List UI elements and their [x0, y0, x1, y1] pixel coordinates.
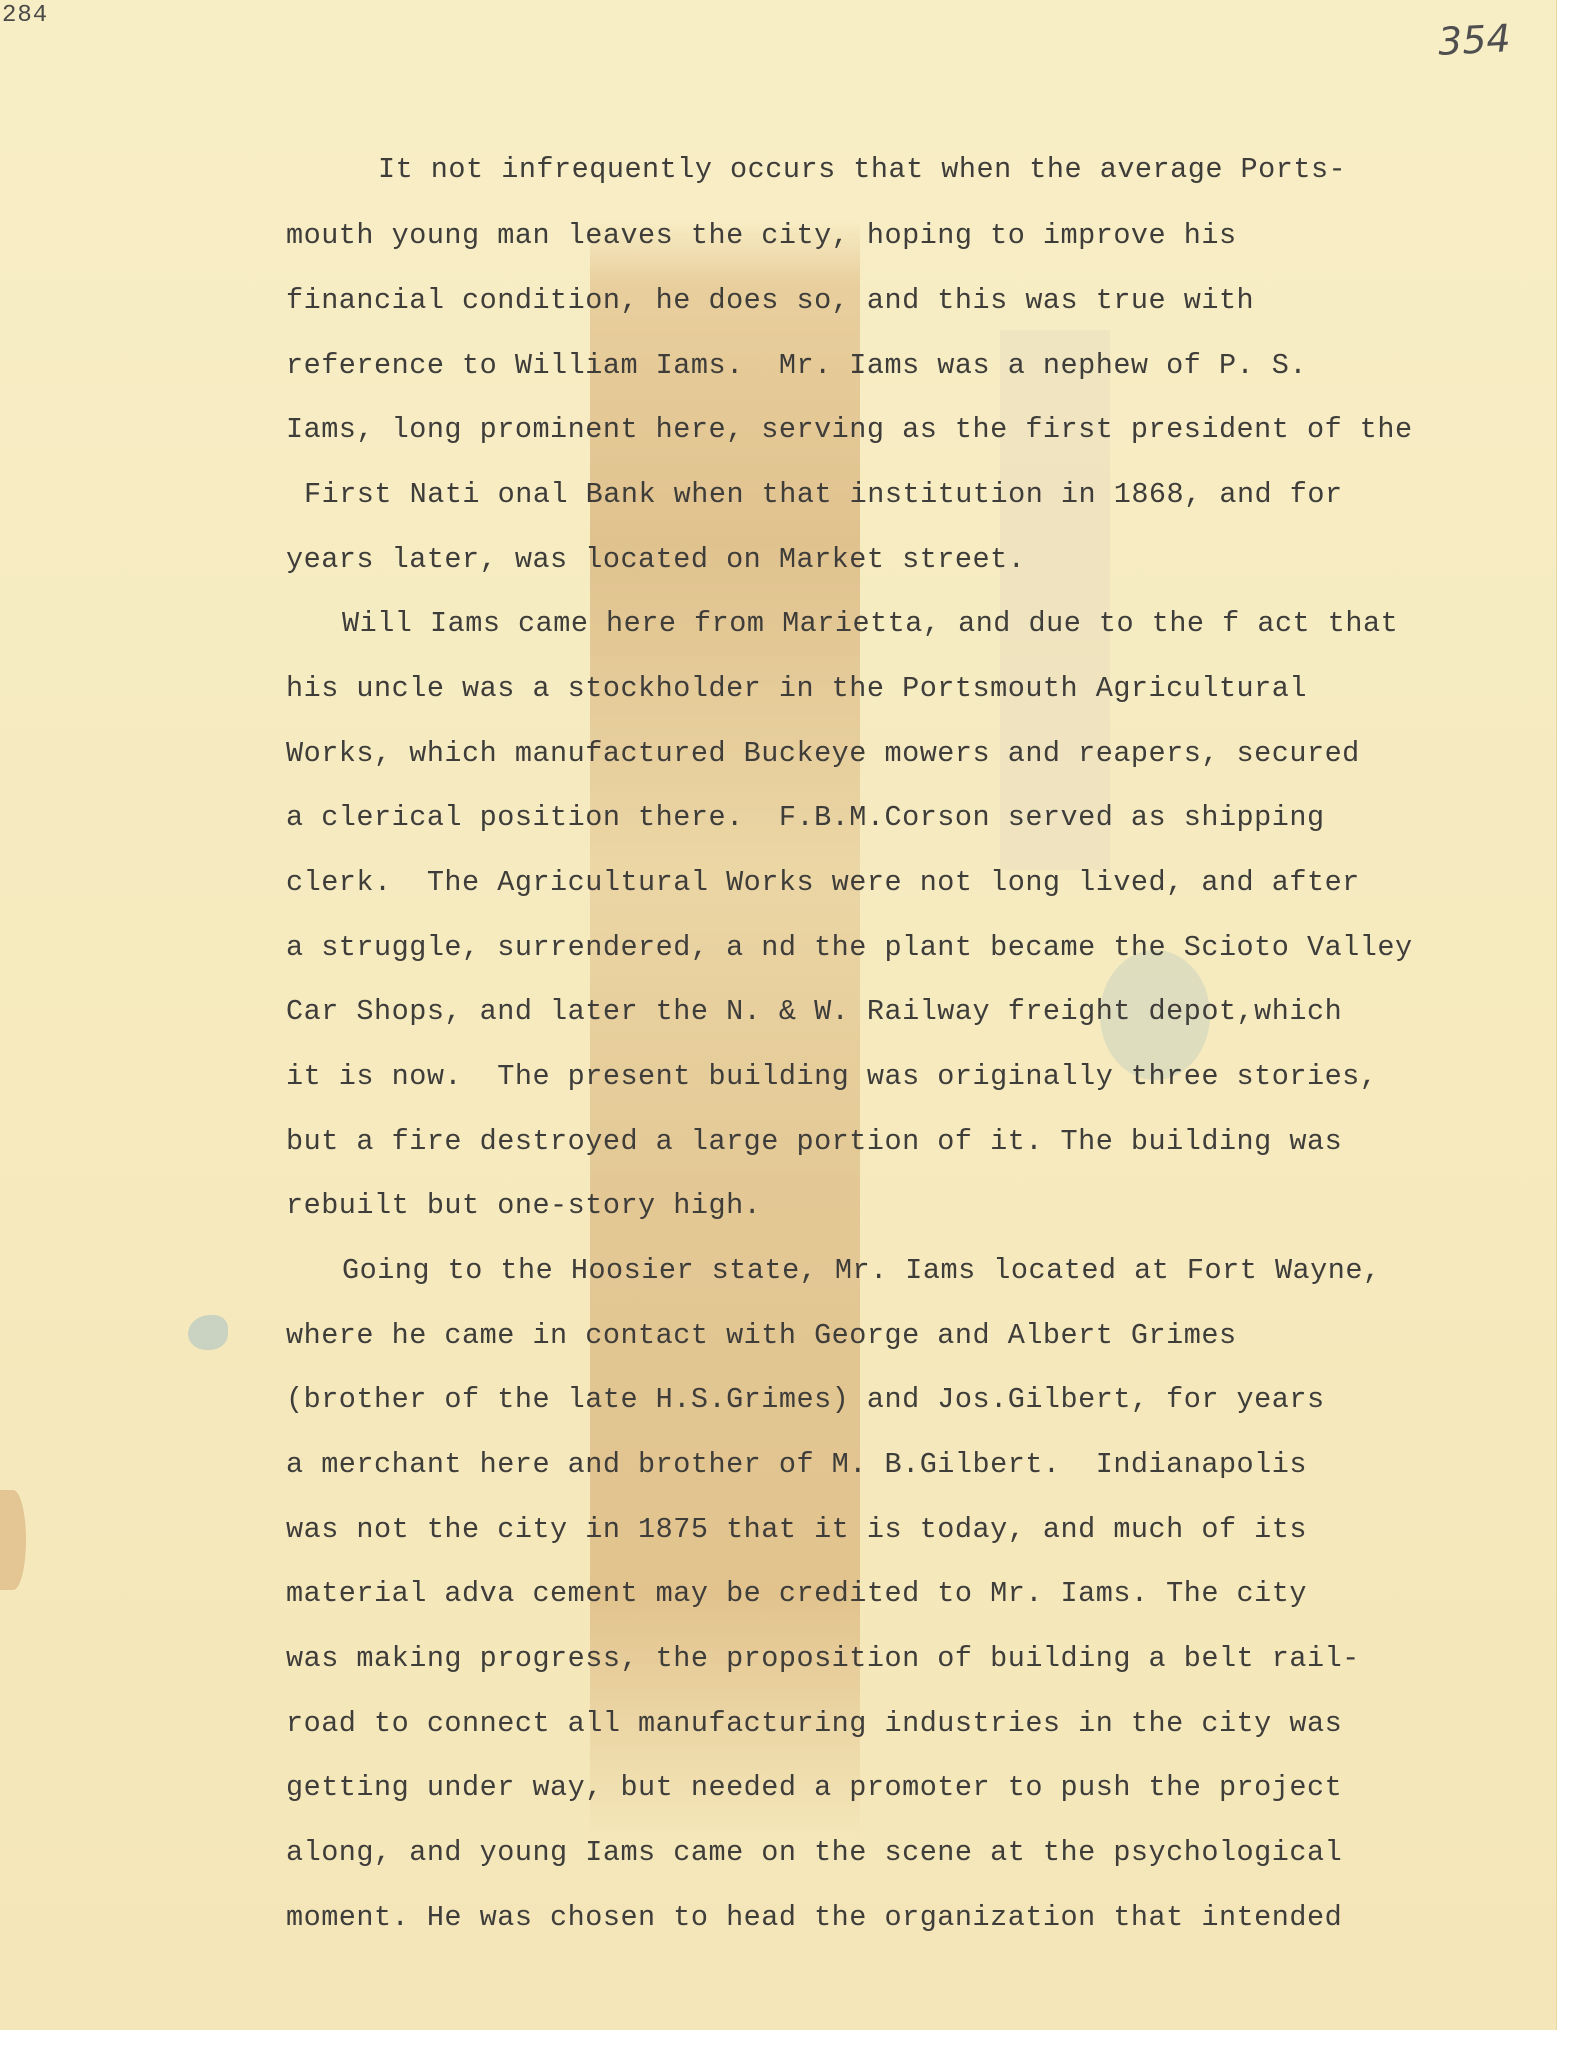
text-line: was not the city in 1875 that it is toda… [286, 1510, 1307, 1550]
text-line: reference to William Iams. Mr. Iams was … [286, 346, 1307, 386]
text-line: but a fire destroyed a large portion of … [286, 1122, 1342, 1162]
scan-margin [0, 2030, 1571, 2048]
ink-spot [188, 1315, 228, 1350]
text-line: rebuilt but one-story high. [286, 1186, 761, 1226]
text-line: First Nati onal Bank when that instituti… [304, 475, 1343, 515]
text-line: getting under way, but needed a promoter… [286, 1768, 1342, 1808]
text-line: it is now. The present building was orig… [286, 1057, 1377, 1097]
text-line: along, and young Iams came on the scene … [286, 1833, 1342, 1873]
text-line: where he came in contact with George and… [286, 1316, 1237, 1356]
text-line: road to connect all manufacturing indust… [286, 1704, 1342, 1744]
text-line: a merchant here and brother of M. B.Gilb… [286, 1445, 1307, 1485]
text-line: material adva cement may be credited to … [286, 1574, 1307, 1614]
text-line: moment. He was chosen to head the organi… [286, 1898, 1342, 1938]
text-line: financial condition, he does so, and thi… [286, 281, 1254, 321]
corner-page-number: 284 [2, 2, 48, 29]
typewritten-page: 284 354 It not infrequently occurs that … [0, 0, 1557, 2030]
text-line: years later, was located on Market stree… [286, 540, 1025, 580]
text-line: a clerical position there. F.B.M.Corson … [286, 798, 1325, 838]
text-line: his uncle was a stockholder in the Ports… [286, 669, 1307, 709]
text-line: Works, which manufactured Buckeye mowers… [286, 734, 1360, 774]
edge-stain [0, 1490, 26, 1590]
text-line: clerk. The Agricultural Works were not l… [286, 863, 1360, 903]
text-line: mouth young man leaves the city, hoping … [286, 216, 1237, 256]
text-line: Going to the Hoosier state, Mr. Iams loc… [342, 1251, 1381, 1291]
text-line: Car Shops, and later the N. & W. Railway… [286, 992, 1342, 1032]
text-line: Will Iams came here from Marietta, and d… [342, 604, 1398, 644]
text-line: It not infrequently occurs that when the… [378, 150, 1346, 190]
text-line: (brother of the late H.S.Grimes) and Jos… [286, 1380, 1325, 1420]
text-line: Iams, long prominent here, serving as th… [286, 410, 1413, 450]
text-line: was making progress, the proposition of … [286, 1639, 1360, 1679]
text-line: a struggle, surrendered, a nd the plant … [286, 928, 1413, 968]
handwritten-page-number: 354 [1437, 16, 1512, 64]
